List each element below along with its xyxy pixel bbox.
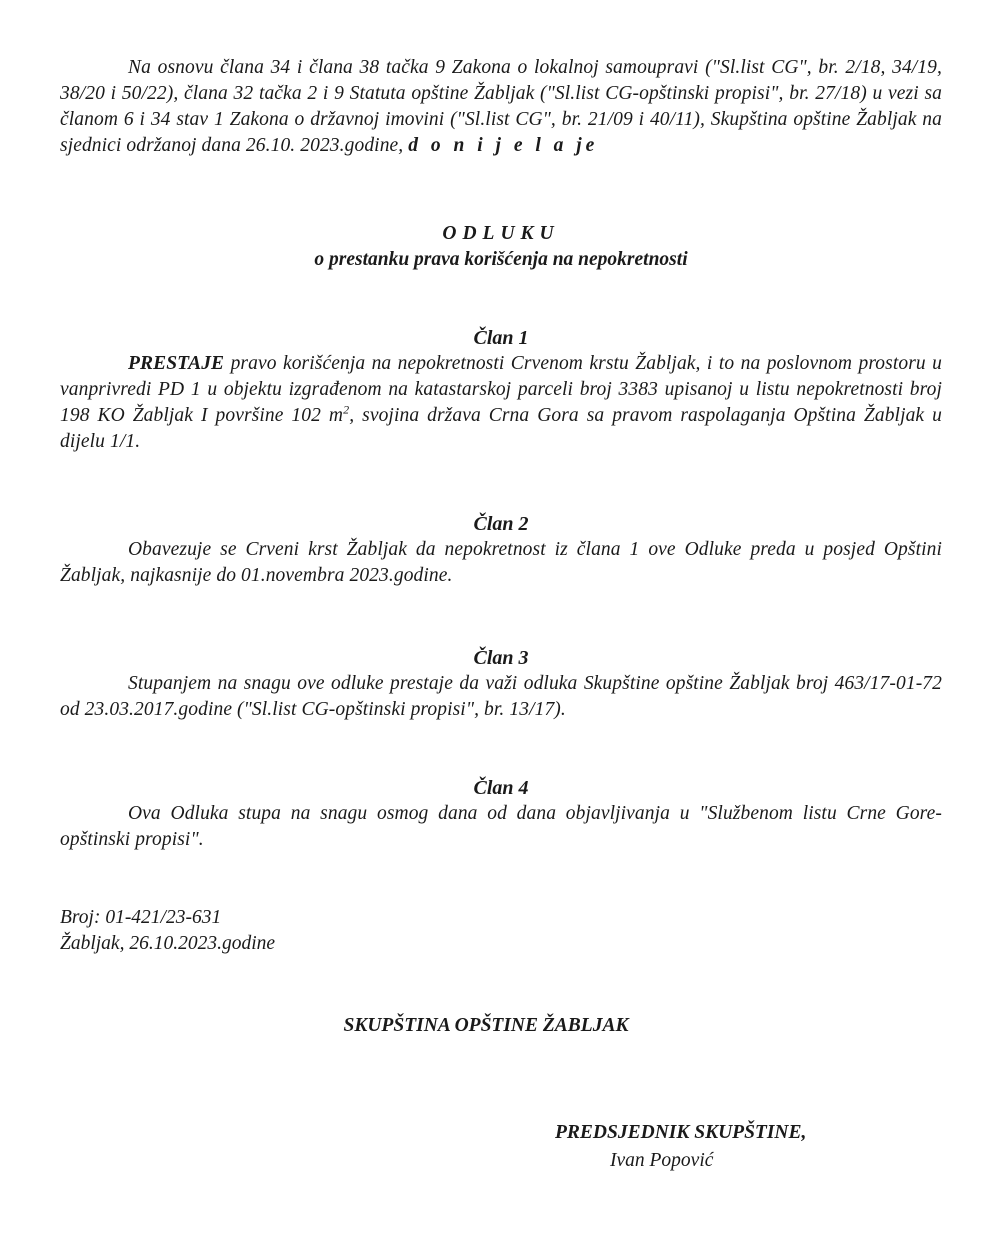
- article-4: Član 4 Ova Odluka stupa na snagu osmog d…: [60, 775, 942, 853]
- article-3-heading: Član 3: [60, 645, 942, 671]
- document-title: ODLUKU: [60, 221, 942, 247]
- reference-number: Broj: 01-421/23-631: [60, 905, 942, 931]
- document-subtitle: o prestanku prava korišćenja na nepokret…: [60, 247, 942, 273]
- signature-name: Ivan Popović: [610, 1150, 713, 1172]
- article-2: Član 2 Obavezuje se Crveni krst Žabljak …: [60, 511, 942, 589]
- preamble-paragraph: Na osnovu člana 34 i člana 38 tačka 9 Za…: [60, 55, 942, 159]
- article-1: Član 1 PRESTAJE pravo korišćenja na nepo…: [60, 325, 942, 455]
- article-4-heading: Član 4: [60, 775, 942, 801]
- reference-block: Broj: 01-421/23-631 Žabljak, 26.10.2023.…: [60, 905, 942, 957]
- article-2-heading: Član 2: [60, 511, 942, 537]
- reference-place-date: Žabljak, 26.10.2023.godine: [60, 931, 942, 957]
- signature-title: PREDSJEDNIK SKUPŠTINE,: [555, 1122, 806, 1144]
- article-4-text: Ova Odluka stupa na snagu osmog dana od …: [60, 801, 942, 853]
- article-1-text: PRESTAJE pravo korišćenja na nepokretnos…: [60, 351, 942, 455]
- article-1-heading: Član 1: [60, 325, 942, 351]
- article-3-text: Stupanjem na snagu ove odluke prestaje d…: [60, 671, 942, 723]
- preamble-emphasis: d o n i j e l a je: [408, 135, 598, 156]
- article-1-lead: PRESTAJE: [128, 353, 224, 374]
- document-page: Na osnovu člana 34 i člana 38 tačka 9 Za…: [60, 55, 942, 1059]
- issuer-name: SKUPŠTINA OPŠTINE ŽABLJAK: [30, 1013, 942, 1039]
- article-2-text: Obavezuje se Crveni krst Žabljak da nepo…: [60, 537, 942, 589]
- article-3: Član 3 Stupanjem na snagu ove odluke pre…: [60, 645, 942, 723]
